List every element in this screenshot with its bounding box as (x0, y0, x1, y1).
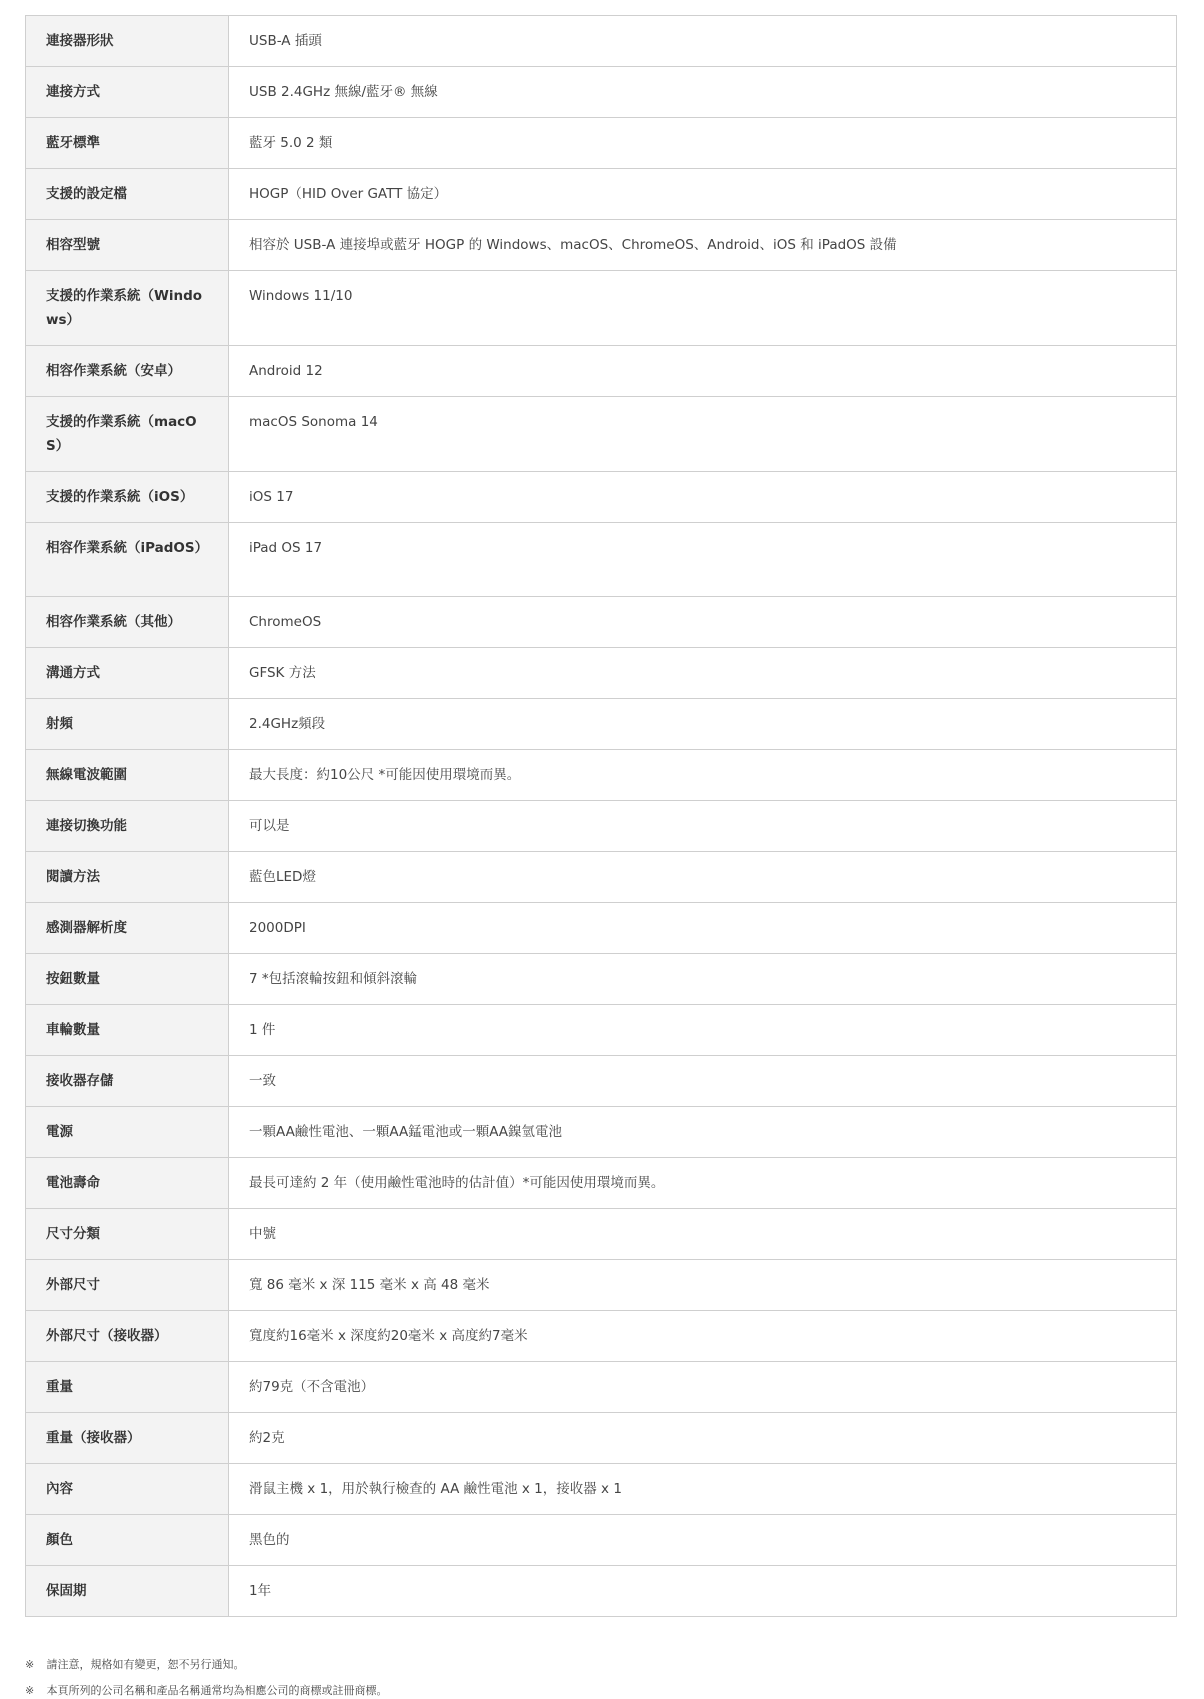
table-row: 相容作業系統（iPadOS） iPad OS 17 (26, 523, 1177, 597)
spec-value: 一顆AA鹼性電池、一顆AA錳電池或一顆AA鎳氫電池 (229, 1107, 1177, 1158)
spec-value: ChromeOS (229, 597, 1177, 648)
spec-value: 最長可達約 2 年（使用鹼性電池時的估計值）*可能因使用環境而異。 (229, 1158, 1177, 1209)
spec-value: HOGP（HID Over GATT 協定） (229, 169, 1177, 220)
footnote-text: 本頁所列的公司名稱和產品名稱通常均為相應公司的商標或註冊商標。 (47, 1684, 388, 1697)
table-row: 無線電波範圍 最大長度：約10公尺 *可能因使用環境而異。 (26, 750, 1177, 801)
table-row: 連接切換功能 可以是 (26, 801, 1177, 852)
table-row: 內容 滑鼠主機 x 1，用於執行檢查的 AA 鹼性電池 x 1，接收器 x 1 (26, 1464, 1177, 1515)
table-row: 接收器存儲 一致 (26, 1056, 1177, 1107)
spec-label: 連接方式 (26, 67, 229, 118)
spec-label: 射頻 (26, 699, 229, 750)
spec-label: 外部尺寸 (26, 1260, 229, 1311)
spec-label: 重量 (26, 1362, 229, 1413)
table-row: 相容作業系統（安卓） Android 12 (26, 346, 1177, 397)
spec-label: 保固期 (26, 1566, 229, 1617)
spec-label: 溝通方式 (26, 648, 229, 699)
spec-value: 可以是 (229, 801, 1177, 852)
spec-value: 寬度約16毫米 x 深度約20毫米 x 高度約7毫米 (229, 1311, 1177, 1362)
table-row: 電源 一顆AA鹼性電池、一顆AA錳電池或一顆AA鎳氫電池 (26, 1107, 1177, 1158)
table-row: 尺寸分類 中號 (26, 1209, 1177, 1260)
table-row: 支援的設定檔 HOGP（HID Over GATT 協定） (26, 169, 1177, 220)
spec-value: macOS Sonoma 14 (229, 397, 1177, 472)
table-row: 支援的作業系統（macOS） macOS Sonoma 14 (26, 397, 1177, 472)
table-row: 保固期 1年 (26, 1566, 1177, 1617)
spec-table: 連接器形狀 USB-A 插頭 連接方式 USB 2.4GHz 無線/藍牙® 無線… (25, 15, 1177, 1617)
spec-value: 最大長度：約10公尺 *可能因使用環境而異。 (229, 750, 1177, 801)
spec-value: 藍牙 5.0 2 類 (229, 118, 1177, 169)
spec-label: 連接器形狀 (26, 16, 229, 67)
table-row: 重量（接收器） 約2克 (26, 1413, 1177, 1464)
spec-value: USB 2.4GHz 無線/藍牙® 無線 (229, 67, 1177, 118)
table-row: 相容作業系統（其他） ChromeOS (26, 597, 1177, 648)
spec-label: 內容 (26, 1464, 229, 1515)
table-row: 連接器形狀 USB-A 插頭 (26, 16, 1177, 67)
spec-value: 1年 (229, 1566, 1177, 1617)
spec-label: 支援的作業系統（Windows） (26, 271, 229, 346)
spec-label: 顏色 (26, 1515, 229, 1566)
table-row: 藍牙標準 藍牙 5.0 2 類 (26, 118, 1177, 169)
spec-label: 外部尺寸（接收器） (26, 1311, 229, 1362)
spec-label: 相容作業系統（iPadOS） (26, 523, 229, 597)
spec-value: iPad OS 17 (229, 523, 1177, 597)
spec-value: 寬 86 毫米 x 深 115 毫米 x 高 48 毫米 (229, 1260, 1177, 1311)
spec-label: 重量（接收器） (26, 1413, 229, 1464)
spec-value: 約79克（不含電池） (229, 1362, 1177, 1413)
spec-value: 2.4GHz頻段 (229, 699, 1177, 750)
spec-label: 相容作業系統（其他） (26, 597, 229, 648)
reference-mark-icon: ※ (25, 1678, 43, 1699)
table-row: 射頻 2.4GHz頻段 (26, 699, 1177, 750)
table-row: 外部尺寸（接收器） 寬度約16毫米 x 深度約20毫米 x 高度約7毫米 (26, 1311, 1177, 1362)
spec-value: Windows 11/10 (229, 271, 1177, 346)
spec-label: 無線電波範圍 (26, 750, 229, 801)
table-row: 外部尺寸 寬 86 毫米 x 深 115 毫米 x 高 48 毫米 (26, 1260, 1177, 1311)
table-row: 相容型號 相容於 USB-A 連接埠或藍牙 HOGP 的 Windows、mac… (26, 220, 1177, 271)
spec-label: 車輪數量 (26, 1005, 229, 1056)
spec-value: 中號 (229, 1209, 1177, 1260)
footnote-text: 請注意，規格如有變更，恕不另行通知。 (47, 1658, 245, 1671)
spec-value: 藍色LED燈 (229, 852, 1177, 903)
table-row: 閱讀方法 藍色LED燈 (26, 852, 1177, 903)
spec-label: 電池壽命 (26, 1158, 229, 1209)
table-row: 按鈕數量 7 *包括滾輪按鈕和傾斜滾輪 (26, 954, 1177, 1005)
table-row: 支援的作業系統（Windows） Windows 11/10 (26, 271, 1177, 346)
spec-label: 支援的作業系統（iOS） (26, 472, 229, 523)
spec-label: 感測器解析度 (26, 903, 229, 954)
table-row: 連接方式 USB 2.4GHz 無線/藍牙® 無線 (26, 67, 1177, 118)
spec-value: 滑鼠主機 x 1，用於執行檢查的 AA 鹼性電池 x 1，接收器 x 1 (229, 1464, 1177, 1515)
spec-label: 閱讀方法 (26, 852, 229, 903)
spec-label: 支援的作業系統（macOS） (26, 397, 229, 472)
spec-value: iOS 17 (229, 472, 1177, 523)
spec-label: 電源 (26, 1107, 229, 1158)
table-row: 感測器解析度 2000DPI (26, 903, 1177, 954)
footnote: ※ 本頁所列的公司名稱和產品名稱通常均為相應公司的商標或註冊商標。 (25, 1678, 388, 1699)
footnote: ※ 請注意，規格如有變更，恕不另行通知。 (25, 1652, 388, 1678)
spec-value: 一致 (229, 1056, 1177, 1107)
spec-label: 連接切換功能 (26, 801, 229, 852)
table-row: 車輪數量 1 件 (26, 1005, 1177, 1056)
spec-value: Android 12 (229, 346, 1177, 397)
spec-label: 接收器存儲 (26, 1056, 229, 1107)
table-row: 電池壽命 最長可達約 2 年（使用鹼性電池時的估計值）*可能因使用環境而異。 (26, 1158, 1177, 1209)
spec-value: USB-A 插頭 (229, 16, 1177, 67)
spec-label: 相容型號 (26, 220, 229, 271)
table-row: 支援的作業系統（iOS） iOS 17 (26, 472, 1177, 523)
spec-label: 尺寸分類 (26, 1209, 229, 1260)
spec-value: 2000DPI (229, 903, 1177, 954)
spec-label: 相容作業系統（安卓） (26, 346, 229, 397)
spec-label: 按鈕數量 (26, 954, 229, 1005)
table-row: 重量 約79克（不含電池） (26, 1362, 1177, 1413)
spec-label: 支援的設定檔 (26, 169, 229, 220)
table-row: 顏色 黑色的 (26, 1515, 1177, 1566)
spec-label: 藍牙標準 (26, 118, 229, 169)
spec-value: 約2克 (229, 1413, 1177, 1464)
spec-value: 1 件 (229, 1005, 1177, 1056)
reference-mark-icon: ※ (25, 1652, 43, 1678)
footnotes: ※ 請注意，規格如有變更，恕不另行通知。 ※ 本頁所列的公司名稱和產品名稱通常均… (25, 1652, 388, 1699)
spec-value: 黑色的 (229, 1515, 1177, 1566)
spec-value: 相容於 USB-A 連接埠或藍牙 HOGP 的 Windows、macOS、Ch… (229, 220, 1177, 271)
table-row: 溝通方式 GFSK 方法 (26, 648, 1177, 699)
spec-value: 7 *包括滾輪按鈕和傾斜滾輪 (229, 954, 1177, 1005)
spec-value: GFSK 方法 (229, 648, 1177, 699)
